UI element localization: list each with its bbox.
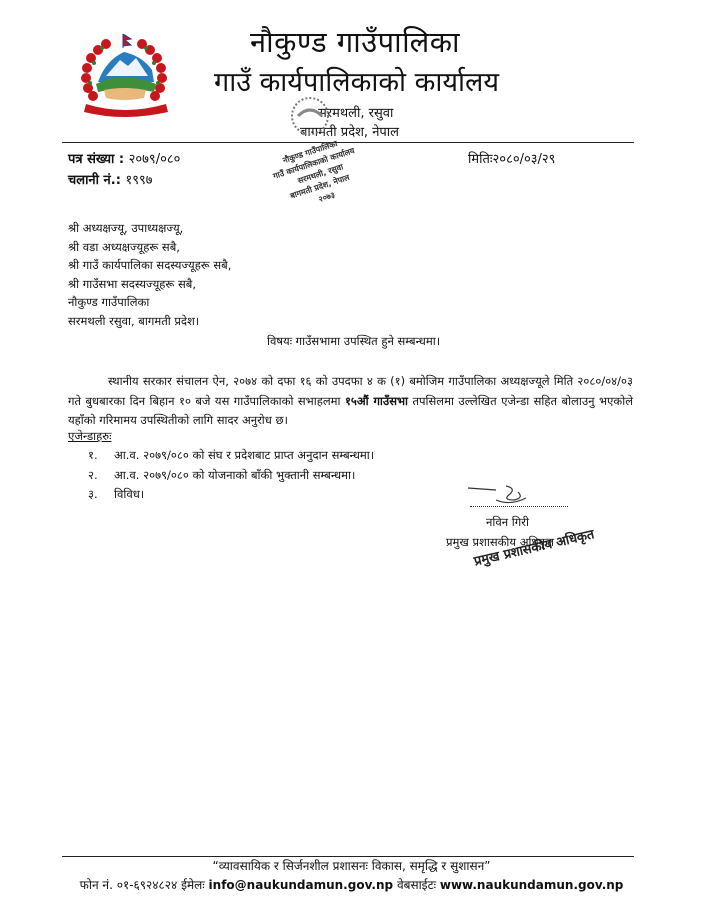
- dispatch-number-label: चलानी नं.:: [68, 173, 121, 188]
- date-value: २०८०/०३/२९: [493, 152, 556, 167]
- website-label: वेबसाईटः: [397, 878, 436, 892]
- recipient-line: श्री वडा अध्यक्षज्यूहरू सबै,: [68, 238, 231, 257]
- recipient-line: श्री गाउँसभा सदस्यज्यूहरू सबै,: [68, 275, 231, 294]
- signature-line: [470, 506, 568, 507]
- letter-subject: विषयः गाउँसभामा उपस्थित हुने सम्बन्धमा।: [267, 334, 440, 349]
- footer-motto: “व्यावसायिक र सिर्जनशील प्रशासनः विकास, …: [0, 857, 703, 874]
- office-subtitle: गाउँ कार्यपालिकाको कार्यालय: [214, 62, 499, 99]
- phone-number: ०१-६९२४८२४: [117, 878, 178, 892]
- recipient-line: श्री गाउँ कार्यपालिका सदस्यज्यूहरू सबै,: [68, 256, 231, 275]
- letter-date: मितिः२०८०/०३/२९: [468, 149, 555, 167]
- letter-number-value: २०७९/०८०: [129, 152, 181, 167]
- signatory-name: नविन गिरी: [486, 515, 529, 530]
- seal-text-5: २०७३: [317, 190, 336, 204]
- recipient-line: सरमथली रसुवा, बागमती प्रदेश।: [68, 312, 231, 331]
- body-text-bold: १५औं गाउँसभा: [345, 394, 408, 408]
- agenda-item-number: १.: [88, 446, 114, 466]
- date-label: मितिः: [468, 152, 493, 167]
- office-name-title: नौकुण्ड गाउँपालिका: [250, 22, 460, 61]
- recipients-block: श्री अध्यक्षज्यू, उपाध्यक्षज्यू, श्री वड…: [68, 219, 231, 331]
- agenda-item-text: आ.व. २०७९/०८० को योजनाको बाँकी भुक्तानी …: [114, 468, 355, 482]
- footer-contact: फोन नं. ०१-६९२४८२४ ईमेलः info@naukundamu…: [0, 876, 703, 893]
- agenda-item-text: विविध।: [114, 487, 144, 501]
- agenda-item: ३.विविध।: [88, 485, 374, 505]
- website-link[interactable]: www.naukundamun.gov.np: [440, 878, 624, 892]
- signature-icon: [466, 484, 536, 508]
- recipient-line: श्री अध्यक्षज्यू, उपाध्यक्षज्यू,: [68, 219, 231, 238]
- email-label: ईमेलः: [181, 878, 205, 892]
- agenda-list: १.आ.व. २०७९/०८० को संघ र प्रदेशबाट प्राप…: [88, 446, 374, 505]
- letter-number: पत्र संख्या : २०७९/०८०: [68, 149, 180, 167]
- agenda-item-text: आ.व. २०७९/०८० को संघ र प्रदेशबाट प्राप्त…: [114, 448, 374, 462]
- phone-label: फोन नं.: [80, 878, 113, 892]
- emblem-icon: [76, 30, 176, 122]
- agenda-title: एजेन्डाहरुः: [68, 429, 111, 444]
- official-seal-stamp: नौकुण्ड गाउँपालिका गाउँ कार्यपालिकाको का…: [262, 96, 402, 208]
- seal-icon: नौकुण्ड गाउँपालिका गाउँ कार्यपालिकाको का…: [262, 96, 402, 208]
- nepal-emblem-logo: [76, 30, 176, 122]
- dispatch-number-value: १९९७: [125, 173, 152, 188]
- letter-number-label: पत्र संख्या :: [68, 152, 124, 167]
- designation-rubber-stamp: प्रमुख प्रशासकीय अधिकृत: [472, 524, 596, 569]
- recipient-line: नौकुण्ड गाउँपालिका: [68, 293, 231, 312]
- agenda-item: १.आ.व. २०७९/०८० को संघ र प्रदेशबाट प्राप…: [88, 446, 374, 466]
- agenda-item-number: २.: [88, 466, 114, 486]
- handwritten-signature: [466, 484, 536, 508]
- header-divider: [62, 142, 634, 143]
- agenda-item: २.आ.व. २०७९/०८० को योजनाको बाँकी भुक्तान…: [88, 466, 374, 486]
- agenda-item-number: ३.: [88, 485, 114, 505]
- dispatch-number: चलानी नं.: १९९७: [68, 170, 152, 188]
- email-link[interactable]: info@naukundamun.gov.np: [209, 878, 394, 892]
- body-paragraph: स्थानीय सरकार संचालन ऐन, २०७४ को दफा १६ …: [68, 372, 633, 431]
